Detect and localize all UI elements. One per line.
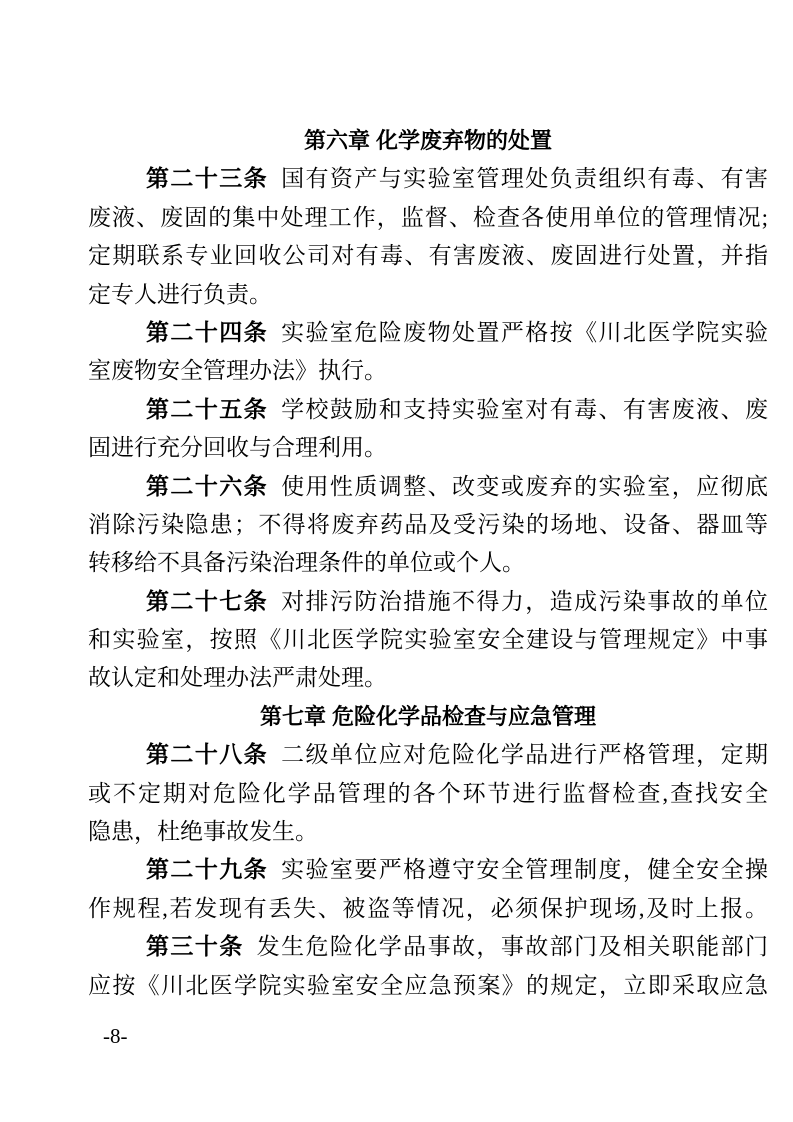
article-number: 第二十七条 bbox=[146, 589, 281, 614]
article-text: 学校鼓励和支持实验室对有毒、有害废液、废 bbox=[281, 397, 768, 422]
article-number: 第二十六条 bbox=[146, 474, 281, 499]
article-number: 第二十九条 bbox=[146, 857, 281, 882]
page-number: -8- bbox=[103, 1024, 128, 1049]
article-number: 第二十八条 bbox=[146, 742, 281, 767]
text-line: 废液、废固的集中处理工作，监督、检查各使用单位的管理情况; bbox=[88, 199, 768, 237]
document-page: 第六章 化学废弃物的处置 第二十三条国有资产与实验室管理处负责组织有毒、有害 废… bbox=[0, 0, 793, 1122]
article-number: 第二十五条 bbox=[146, 397, 281, 422]
text-line: 故认定和处理办法严肃处理。 bbox=[88, 659, 768, 697]
document-body: 第六章 化学废弃物的处置 第二十三条国有资产与实验室管理处负责组织有毒、有害 废… bbox=[88, 122, 768, 1005]
article-text: 国有资产与实验室管理处负责组织有毒、有害 bbox=[281, 166, 768, 191]
text-line: 第二十八条二级单位应对危险化学品进行严格管理，定期 bbox=[88, 736, 768, 774]
article-text: 使用性质调整、改变或废弃的实验室，应彻底 bbox=[281, 474, 768, 499]
text-line: 转移给不具备污染治理条件的单位或个人。 bbox=[88, 544, 768, 582]
text-line: 作规程,若发现有丢失、被盗等情况，必须保护现场,及时上报。 bbox=[88, 890, 768, 928]
text-line: 第二十七条对排污防治措施不得力，造成污染事故的单位 bbox=[88, 583, 768, 621]
text-line: 室废物安全管理办法》执行。 bbox=[88, 352, 768, 390]
article-number: 第二十三条 bbox=[146, 166, 281, 191]
text-line: 固进行充分回收与合理利用。 bbox=[88, 429, 768, 467]
text-line: 第二十九条实验室要严格遵守安全管理制度，健全安全操 bbox=[88, 851, 768, 889]
chapter-heading: 第六章 化学废弃物的处置 bbox=[88, 122, 768, 160]
article-number: 第二十四条 bbox=[146, 320, 281, 345]
article-text: 实验室危险废物处置严格按《川北医学院实验 bbox=[281, 320, 768, 345]
text-line: 第二十五条学校鼓励和支持实验室对有毒、有害废液、废 bbox=[88, 391, 768, 429]
article-text: 二级单位应对危险化学品进行严格管理，定期 bbox=[281, 742, 768, 767]
article-text: 发生危险化学品事故，事故部门及相关职能部门 bbox=[257, 934, 768, 959]
chapter-heading: 第七章 危险化学品检查与应急管理 bbox=[88, 698, 768, 736]
article-number: 第三十条 bbox=[146, 934, 257, 959]
text-line: 第三十条发生危险化学品事故，事故部门及相关职能部门 bbox=[88, 928, 768, 966]
text-line: 第二十六条使用性质调整、改变或废弃的实验室，应彻底 bbox=[88, 468, 768, 506]
article-text: 对排污防治措施不得力，造成污染事故的单位 bbox=[281, 589, 768, 614]
text-line: 定期联系专业回收公司对有毒、有害废液、废固进行处置，并指 bbox=[88, 237, 768, 275]
text-line: 隐患，杜绝事故发生。 bbox=[88, 813, 768, 851]
text-line: 和实验室，按照《川北医学院实验室安全建设与管理规定》中事 bbox=[88, 621, 768, 659]
text-line: 消除污染隐患；不得将废弃药品及受污染的场地、设备、器皿等 bbox=[88, 506, 768, 544]
text-line: 第二十三条国有资产与实验室管理处负责组织有毒、有害 bbox=[88, 160, 768, 198]
article-text: 实验室要严格遵守安全管理制度，健全安全操 bbox=[281, 857, 768, 882]
text-line: 应按《川北医学院实验室安全应急预案》的规定，立即采取应急 bbox=[88, 967, 768, 1005]
text-line: 第二十四条实验室危险废物处置严格按《川北医学院实验 bbox=[88, 314, 768, 352]
text-line: 定专人进行负责。 bbox=[88, 276, 768, 314]
text-line: 或不定期对危险化学品管理的各个环节进行监督检查,查找安全 bbox=[88, 775, 768, 813]
